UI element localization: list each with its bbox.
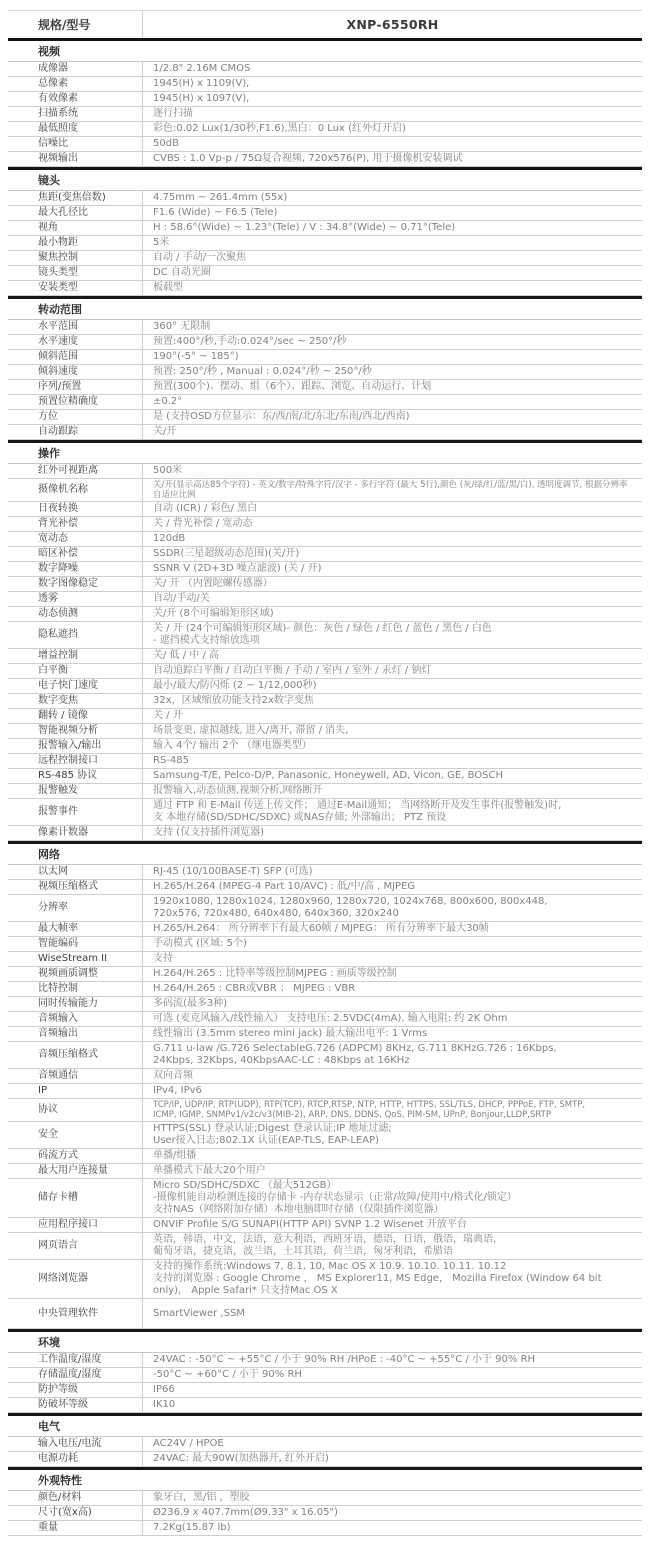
spec-value: DC 自动光圈 xyxy=(142,266,642,280)
spec-row: 防护等级IP66 xyxy=(8,1383,642,1398)
spec-row: 数字变焦32x，区域缩放功能支持2x数字变焦 xyxy=(8,694,642,709)
spec-label: 重量 xyxy=(8,1521,142,1535)
spec-label: 增益控制 xyxy=(8,649,142,663)
spec-value: 190°(-5° ~ 185°) xyxy=(142,350,642,364)
spec-label: 安全 xyxy=(8,1122,142,1148)
spec-value: H : 58.6°(Wide) ~ 1.23°(Tele) / V : 34.8… xyxy=(142,221,642,235)
spec-value: 双向音频 xyxy=(142,1069,642,1083)
spec-value: 关/开 xyxy=(142,425,642,439)
spec-label: 数字变焦 xyxy=(8,694,142,708)
spec-label: 白平衡 xyxy=(8,664,142,678)
section-title-mechanical: 外观特性 xyxy=(8,1470,642,1491)
spec-label: 水平速度 xyxy=(8,335,142,349)
spec-label: 视频画质调整 xyxy=(8,967,142,981)
spec-row: 网页语言英语，韩语，中文，法语，意大利语，西班牙语，德语，日语，俄语，瑞典语， … xyxy=(8,1233,642,1260)
spec-value: 英语，韩语，中文，法语，意大利语，西班牙语，德语，日语，俄语，瑞典语， 葡萄牙语… xyxy=(142,1233,642,1259)
spec-label: 预置位精确度 xyxy=(8,395,142,409)
spec-label: 成像器 xyxy=(8,62,142,76)
spec-row: 音频压缩格式G.711 u-law /G.726 SelectableG.726… xyxy=(8,1042,642,1069)
spec-row: 工作温度/湿度24VAC : -50°C ~ +55°C / 小于 90% RH… xyxy=(8,1353,642,1368)
spec-value: Ø236.9 x 407.7mm(Ø9.33" x 16.05") xyxy=(142,1506,642,1520)
spec-row: 透雾自动/手动/关 xyxy=(8,592,642,607)
spec-value: 关 / 开 xyxy=(142,709,642,723)
spec-row: 数字图像稳定关/ 开 （内置陀螺传感器） xyxy=(8,577,642,592)
spec-label: 最小物距 xyxy=(8,236,142,250)
spec-row: 摄像机名称关/开(显示高达85个字符) - 英文/数字/特殊字符/汉字 - 多行… xyxy=(8,479,642,502)
spec-value: 关 / 背光补偿 / 宽动态 xyxy=(142,517,642,531)
spec-row: 扫描系统逐行扫描 xyxy=(8,107,642,122)
spec-value: H.264/H.265 : CBR或VBR ； MJPEG : VBR xyxy=(142,982,642,996)
spec-label: 音频压缩格式 xyxy=(8,1042,142,1068)
spec-value: RJ-45 (10/100BASE-T) SFP (可选) xyxy=(142,865,642,879)
spec-value: 逐行扫描 xyxy=(142,107,642,121)
spec-label: 方位 xyxy=(8,410,142,424)
spec-row: 最大帧率H.265/H.264： 所分辨率下有最大60帧 / MJPEG： 所有… xyxy=(8,922,642,937)
spec-label: 日夜转换 xyxy=(8,502,142,516)
spec-value: 线性输出 (3.5mm stereo mini jack) 最大输出电平: 1 … xyxy=(142,1027,642,1041)
spec-value: IK10 xyxy=(142,1398,642,1412)
spec-row: 日夜转换自动 (ICR) / 彩色/ 黑白 xyxy=(8,502,642,517)
spec-label: 智能视频分析 xyxy=(8,724,142,738)
spec-row: 成像器1/2.8" 2.16M CMOS xyxy=(8,62,642,77)
spec-label: 扫描系统 xyxy=(8,107,142,121)
spec-value: 关/ 低 / 中 / 高 xyxy=(142,649,642,663)
spec-row: 镜头类型DC 自动光圈 xyxy=(8,266,642,281)
spec-label: 报警触发 xyxy=(8,784,142,798)
spec-label: 电子快门速度 xyxy=(8,679,142,693)
spec-value: 1945(H) x 1109(V), xyxy=(142,77,642,91)
spec-row: RS-485 协议Samsung-T/E, Pelco-D/P, Panason… xyxy=(8,769,642,784)
spec-label: 储存卡槽 xyxy=(8,1179,142,1217)
spec-value: 关/ 开 （内置陀螺传感器） xyxy=(142,577,642,591)
spec-value: F1.6 (Wide) ~ F6.5 (Tele) xyxy=(142,206,642,220)
spec-row: 白平衡自动追踪白平衡 / 自动白平衡 / 手动 / 室内 / 室外 / 汞灯 /… xyxy=(8,664,642,679)
spec-label: WiseStream II xyxy=(8,952,142,966)
spec-value: H.265/H.264 (MPEG-4 Part 10/AVC) : 低/中/高… xyxy=(142,880,642,894)
spec-value: 场景变更, 虚拟越线, 进入/离开, 滞留 / 消失, xyxy=(142,724,642,738)
spec-label: 数字图像稳定 xyxy=(8,577,142,591)
spec-value: 7.2Kg(15.87 lb) xyxy=(142,1521,642,1535)
section-title-electrical: 电气 xyxy=(8,1416,642,1437)
spec-value: SSDR(三星超级动态范围)(关/开) xyxy=(142,547,642,561)
spec-row: 储存卡槽Micro SD/SDHC/SDXC （最大512GB） -摄像机能自动… xyxy=(8,1179,642,1218)
spec-label: 中央管理软件 xyxy=(8,1299,142,1328)
spec-label: 分辨率 xyxy=(8,895,142,921)
spec-label: 防护等级 xyxy=(8,1383,142,1397)
spec-value: 5米 xyxy=(142,236,642,250)
spec-label: 网页语言 xyxy=(8,1233,142,1259)
section-mechanical: 外观特性颜色/材料象牙白，黑/铝 ，塑胶尺寸(宽x高)Ø236.9 x 407.… xyxy=(8,1467,642,1536)
spec-row: 存储温度/湿度-50°C ~ +60°C / 小于 90% RH xyxy=(8,1368,642,1383)
spec-value: 360° 无限制 xyxy=(142,320,642,334)
spec-label: 音频通信 xyxy=(8,1069,142,1083)
spec-value: 象牙白，黑/铝 ，塑胶 xyxy=(142,1491,642,1505)
spec-value: 多码流(最多3种) xyxy=(142,997,642,1011)
spec-row: 水平范围360° 无限制 xyxy=(8,320,642,335)
spec-value: 4.75mm ~ 261.4mm (55x) xyxy=(142,191,642,205)
spec-label: 背光补偿 xyxy=(8,517,142,531)
spec-row: 同时传输能力多码流(最多3种) xyxy=(8,997,642,1012)
spec-row: 最大孔径比F1.6 (Wide) ~ F6.5 (Tele) xyxy=(8,206,642,221)
spec-label: 颜色/材料 xyxy=(8,1491,142,1505)
spec-label: 自动跟踪 xyxy=(8,425,142,439)
spec-row: 方位是 (支持OSD方位显示：东/西/南/北/东北/东南/西北/西南) xyxy=(8,410,642,425)
spec-row: 音频通信双向音频 xyxy=(8,1069,642,1084)
spec-sheet: 规格/型号 XNP-6550RH 视频成像器1/2.8" 2.16M CMOS总… xyxy=(0,0,650,1542)
spec-label: 焦距(变焦倍数) xyxy=(8,191,142,205)
spec-value: ONVIF Profile S/G SUNAPI(HTTP API) SVNP … xyxy=(142,1218,642,1232)
spec-row: 倾斜范围190°(-5° ~ 185°) xyxy=(8,350,642,365)
spec-row: 音频输出线性输出 (3.5mm stereo mini jack) 最大输出电平… xyxy=(8,1027,642,1042)
spec-row: 智能视频分析场景变更, 虚拟越线, 进入/离开, 滞留 / 消失, xyxy=(8,724,642,739)
spec-row: 智能编码手动模式 (区域: 5个) xyxy=(8,937,642,952)
spec-table: 视频成像器1/2.8" 2.16M CMOS总像素1945(H) x 1109(… xyxy=(8,41,642,1536)
spec-row: 水平速度预置:400°/秒,手动:0.024°/sec ~ 250°/秒 xyxy=(8,335,642,350)
spec-label: 音频输出 xyxy=(8,1027,142,1041)
spec-row: 预置位精确度±0.2° xyxy=(8,395,642,410)
spec-label: 视角 xyxy=(8,221,142,235)
spec-row: 电源功耗24VAC: 最大90W(加热器开, 红外开启) xyxy=(8,1452,642,1467)
spec-value: 1920x1080, 1280x1024, 1280x960, 1280x720… xyxy=(142,895,642,921)
spec-value: 最小/最大/防闪烁 (2 ~ 1/12,000秒) xyxy=(142,679,642,693)
spec-row: 最低照度彩色:0.02 Lux(1/30秒,F1.6),黑白：0 Lux (红外… xyxy=(8,122,642,137)
spec-label: RS-485 协议 xyxy=(8,769,142,783)
spec-row: 安装类型板载型 xyxy=(8,281,642,296)
spec-label: 码流方式 xyxy=(8,1149,142,1163)
spec-label: 摄像机名称 xyxy=(8,479,142,501)
spec-value: 32x，区域缩放功能支持2x数字变焦 xyxy=(142,694,642,708)
spec-value: Micro SD/SDHC/SDXC （最大512GB） -摄像机能自动检测连接… xyxy=(142,1179,642,1217)
spec-label: 聚焦控制 xyxy=(8,251,142,265)
spec-row: 报警触发报警输入,动态侦测,视频分析,网络断开 xyxy=(8,784,642,799)
spec-label: 暗区补偿 xyxy=(8,547,142,561)
spec-label: 红外可视距离 xyxy=(8,464,142,478)
section-title-operational: 操作 xyxy=(8,443,642,464)
spec-value: 预置(300个)、摆动、组（6个）、跟踪、浏览、自动运行、计划 xyxy=(142,380,642,394)
spec-row: 尺寸(宽x高)Ø236.9 x 407.7mm(Ø9.33" x 16.05") xyxy=(8,1506,642,1521)
spec-label: 应用程序接口 xyxy=(8,1218,142,1232)
spec-label: 翻转 / 镜像 xyxy=(8,709,142,723)
section-pan-tilt: 转动范围水平范围360° 无限制水平速度预置:400°/秒,手动:0.024°/… xyxy=(8,296,642,440)
spec-label: 输入电压/电流 xyxy=(8,1437,142,1451)
spec-label: IP xyxy=(8,1084,142,1098)
spec-value: 1/2.8" 2.16M CMOS xyxy=(142,62,642,76)
spec-row: 倾斜速度预置: 250°/秒 , Manual : 0.024°/秒 ~ 250… xyxy=(8,365,642,380)
spec-value: 自动/手动/关 xyxy=(142,592,642,606)
spec-row: 报警输入/输出输入 4个/ 输出 2个 （继电器类型） xyxy=(8,739,642,754)
spec-label: 水平范围 xyxy=(8,320,142,334)
spec-value: SSNR V (2D+3D 噪点滤波) (关 / 开) xyxy=(142,562,642,576)
spec-row: 视频画质调整H.264/H.265 : 比特率等级控制MJPEG : 画质等级控… xyxy=(8,967,642,982)
spec-value: CVBS : 1.0 Vp-p / 75Ω复合视频, 720x576(P), 用… xyxy=(142,152,642,166)
spec-value: H.265/H.264： 所分辨率下有最大60帧 / MJPEG： 所有分辨率下… xyxy=(142,922,642,936)
spec-label: 智能编码 xyxy=(8,937,142,951)
spec-row: 码流方式单播/组播 xyxy=(8,1149,642,1164)
spec-label: 最大帧率 xyxy=(8,922,142,936)
spec-row: 中央管理软件SmartViewer ,SSM xyxy=(8,1299,642,1329)
section-lens: 镜头焦距(变焦倍数)4.75mm ~ 261.4mm (55x)最大孔径比F1.… xyxy=(8,167,642,296)
spec-row: 增益控制关/ 低 / 中 / 高 xyxy=(8,649,642,664)
spec-value: SmartViewer ,SSM xyxy=(142,1299,642,1328)
spec-value: 1945(H) x 1097(V), xyxy=(142,92,642,106)
spec-value: AC24V / HPOE xyxy=(142,1437,642,1451)
spec-value: 支持 xyxy=(142,952,642,966)
spec-row: 隐私遮挡关 / 开 (24个可编辑矩形区域)- 颜色：灰色 / 绿色 / 红色 … xyxy=(8,622,642,649)
spec-value: 通过 FTP 和 E-Mail 传送上传文件； 通过E-Mail通知； 当网络断… xyxy=(142,799,642,825)
spec-row: 红外可视距离500米 xyxy=(8,464,642,479)
spec-label: 电源功耗 xyxy=(8,1452,142,1466)
spec-row: WiseStream II支持 xyxy=(8,952,642,967)
spec-row: 比特控制H.264/H.265 : CBR或VBR ； MJPEG : VBR xyxy=(8,982,642,997)
spec-row: 防破坏等级IK10 xyxy=(8,1398,642,1413)
spec-value: 单播模式下最大20个用户 xyxy=(142,1164,642,1178)
spec-value: 24VAC: 最大90W(加热器开, 红外开启) xyxy=(142,1452,642,1466)
spec-label: 报警事件 xyxy=(8,799,142,825)
section-title-video: 视频 xyxy=(8,41,642,62)
spec-row: 有效像素1945(H) x 1097(V), xyxy=(8,92,642,107)
spec-value: 可选 (麦克风输入/线性输入） 支持电压: 2.5VDC(4mA), 输入电阻:… xyxy=(142,1012,642,1026)
section-electrical: 电气输入电压/电流AC24V / HPOE电源功耗24VAC: 最大90W(加热… xyxy=(8,1413,642,1467)
spec-row: 协议TCP/IP, UDP/IP, RTP(UDP), RTP(TCP), RT… xyxy=(8,1099,642,1122)
spec-label: 防破坏等级 xyxy=(8,1398,142,1412)
spec-label: 宽动态 xyxy=(8,532,142,546)
spec-value: 单播/组播 xyxy=(142,1149,642,1163)
section-title-network: 网络 xyxy=(8,844,642,865)
spec-label: 存储温度/湿度 xyxy=(8,1368,142,1382)
spec-row: 重量7.2Kg(15.87 lb) xyxy=(8,1521,642,1536)
spec-row: IPIPv4, IPv6 xyxy=(8,1084,642,1099)
spec-row: 暗区补偿SSDR(三星超级动态范围)(关/开) xyxy=(8,547,642,562)
spec-label: 像素计数器 xyxy=(8,826,142,840)
spec-value: H.264/H.265 : 比特率等级控制MJPEG : 画质等级控制 xyxy=(142,967,642,981)
spec-row: 应用程序接口ONVIF Profile S/G SUNAPI(HTTP API)… xyxy=(8,1218,642,1233)
spec-value: RS-485 xyxy=(142,754,642,768)
spec-value: 报警输入,动态侦测,视频分析,网络断开 xyxy=(142,784,642,798)
section-video: 视频成像器1/2.8" 2.16M CMOS总像素1945(H) x 1109(… xyxy=(8,41,642,167)
spec-label: 最低照度 xyxy=(8,122,142,136)
spec-label: 数字降噪 xyxy=(8,562,142,576)
spec-label: 网络浏览器 xyxy=(8,1260,142,1298)
spec-label: 报警输入/输出 xyxy=(8,739,142,753)
spec-label: 倾斜范围 xyxy=(8,350,142,364)
spec-label: 隐私遮挡 xyxy=(8,622,142,648)
spec-label: 有效像素 xyxy=(8,92,142,106)
spec-value: -50°C ~ +60°C / 小于 90% RH xyxy=(142,1368,642,1382)
spec-row: 动态侦测关/开 (8个可编辑矩形区域) xyxy=(8,607,642,622)
section-environmental: 环境工作温度/湿度24VAC : -50°C ~ +55°C / 小于 90% … xyxy=(8,1329,642,1413)
spec-value: 板载型 xyxy=(142,281,642,295)
spec-row: 总像素1945(H) x 1109(V), xyxy=(8,77,642,92)
spec-value: 50dB xyxy=(142,137,642,151)
spec-label: 协议 xyxy=(8,1099,142,1121)
spec-value: TCP/IP, UDP/IP, RTP(UDP), RTP(TCP), RTCP… xyxy=(142,1099,642,1121)
spec-value: 彩色:0.02 Lux(1/30秒,F1.6),黑白：0 Lux (红外灯开启) xyxy=(142,122,642,136)
spec-value: 预置:400°/秒,手动:0.024°/sec ~ 250°/秒 xyxy=(142,335,642,349)
spec-label: 镜头类型 xyxy=(8,266,142,280)
spec-row: 音频输入可选 (麦克风输入/线性输入） 支持电压: 2.5VDC(4mA), 输… xyxy=(8,1012,642,1027)
spec-value: IPv4, IPv6 xyxy=(142,1084,642,1098)
spec-label: 倾斜速度 xyxy=(8,365,142,379)
spec-value: 支持的操作系统:Windows 7, 8.1, 10, Mac OS X 10.… xyxy=(142,1260,642,1298)
spec-row: 最大用户连接量单播模式下最大20个用户 xyxy=(8,1164,642,1179)
spec-value: 关/开(显示高达85个字符) - 英文/数字/特殊字符/汉字 - 多行字符 (最… xyxy=(142,479,642,501)
spec-row: 背光补偿关 / 背光补偿 / 宽动态 xyxy=(8,517,642,532)
spec-row: 自动跟踪关/开 xyxy=(8,425,642,440)
spec-label: 透雾 xyxy=(8,592,142,606)
spec-label: 最大孔径比 xyxy=(8,206,142,220)
spec-row: 视频压缩格式H.265/H.264 (MPEG-4 Part 10/AVC) :… xyxy=(8,880,642,895)
spec-row: 视频输出CVBS : 1.0 Vp-p / 75Ω复合视频, 720x576(P… xyxy=(8,152,642,167)
spec-value: 手动模式 (区域: 5个) xyxy=(142,937,642,951)
spec-row: 网络浏览器支持的操作系统:Windows 7, 8.1, 10, Mac OS … xyxy=(8,1260,642,1299)
model-name: XNP-6550RH xyxy=(142,11,642,38)
spec-row: 远程控制接口RS-485 xyxy=(8,754,642,769)
spec-row: 最小物距5米 xyxy=(8,236,642,251)
spec-value: 自动 / 手动/一次聚焦 xyxy=(142,251,642,265)
spec-row: 信噪比50dB xyxy=(8,137,642,152)
spec-value: ±0.2° xyxy=(142,395,642,409)
spec-row: 宽动态120dB xyxy=(8,532,642,547)
spec-row: 安全HTTPS(SSL) 登录认证;Digest 登录认证;IP 地址过滤; U… xyxy=(8,1122,642,1149)
spec-label: 工作温度/湿度 xyxy=(8,1353,142,1367)
spec-label: 视频压缩格式 xyxy=(8,880,142,894)
spec-value: 24VAC : -50°C ~ +55°C / 小于 90% RH /HPoE … xyxy=(142,1353,642,1367)
spec-row: 聚焦控制自动 / 手动/一次聚焦 xyxy=(8,251,642,266)
section-network: 网络以太网RJ-45 (10/100BASE-T) SFP (可选)视频压缩格式… xyxy=(8,841,642,1329)
spec-label: 视频输出 xyxy=(8,152,142,166)
spec-value: 支持 (仅支持插件浏览器) xyxy=(142,826,642,840)
section-title-lens: 镜头 xyxy=(8,170,642,191)
section-operational: 操作红外可视距离500米摄像机名称关/开(显示高达85个字符) - 英文/数字/… xyxy=(8,440,642,841)
spec-row: 翻转 / 镜像关 / 开 xyxy=(8,709,642,724)
section-title-pan-tilt: 转动范围 xyxy=(8,299,642,320)
spec-row: 电子快门速度最小/最大/防闪烁 (2 ~ 1/12,000秒) xyxy=(8,679,642,694)
spec-label: 音频输入 xyxy=(8,1012,142,1026)
spec-label: 尺寸(宽x高) xyxy=(8,1506,142,1520)
spec-label: 信噪比 xyxy=(8,137,142,151)
spec-label: 安装类型 xyxy=(8,281,142,295)
spec-value: 自动 (ICR) / 彩色/ 黑白 xyxy=(142,502,642,516)
spec-value: 自动追踪白平衡 / 自动白平衡 / 手动 / 室内 / 室外 / 汞灯 / 钠灯 xyxy=(142,664,642,678)
spec-row: 焦距(变焦倍数)4.75mm ~ 261.4mm (55x) xyxy=(8,191,642,206)
spec-label: 最大用户连接量 xyxy=(8,1164,142,1178)
spec-label: 同时传输能力 xyxy=(8,997,142,1011)
spec-row: 以太网RJ-45 (10/100BASE-T) SFP (可选) xyxy=(8,865,642,880)
section-title-environmental: 环境 xyxy=(8,1332,642,1353)
spec-row: 像素计数器支持 (仅支持插件浏览器) xyxy=(8,826,642,841)
spec-value: IP66 xyxy=(142,1383,642,1397)
spec-row: 颜色/材料象牙白，黑/铝 ，塑胶 xyxy=(8,1491,642,1506)
spec-label: 以太网 xyxy=(8,865,142,879)
spec-header-row: 规格/型号 XNP-6550RH xyxy=(8,10,642,41)
spec-value: 关/开 (8个可编辑矩形区域) xyxy=(142,607,642,621)
spec-value: G.711 u-law /G.726 SelectableG.726 (ADPC… xyxy=(142,1042,642,1068)
spec-value: HTTPS(SSL) 登录认证;Digest 登录认证;IP 地址过滤; Use… xyxy=(142,1122,642,1148)
spec-value: 120dB xyxy=(142,532,642,546)
spec-row: 视角H : 58.6°(Wide) ~ 1.23°(Tele) / V : 34… xyxy=(8,221,642,236)
spec-value: 预置: 250°/秒 , Manual : 0.024°/秒 ~ 250°/秒 xyxy=(142,365,642,379)
spec-value: 输入 4个/ 输出 2个 （继电器类型） xyxy=(142,739,642,753)
spec-label: 序列/预置 xyxy=(8,380,142,394)
spec-label: 远程控制接口 xyxy=(8,754,142,768)
spec-row: 报警事件通过 FTP 和 E-Mail 传送上传文件； 通过E-Mail通知； … xyxy=(8,799,642,826)
spec-row: 分辨率1920x1080, 1280x1024, 1280x960, 1280x… xyxy=(8,895,642,922)
spec-row: 输入电压/电流AC24V / HPOE xyxy=(8,1437,642,1452)
spec-label: 总像素 xyxy=(8,77,142,91)
spec-label: 动态侦测 xyxy=(8,607,142,621)
spec-row: 序列/预置预置(300个)、摆动、组（6个）、跟踪、浏览、自动运行、计划 xyxy=(8,380,642,395)
spec-row: 数字降噪SSNR V (2D+3D 噪点滤波) (关 / 开) xyxy=(8,562,642,577)
spec-value: Samsung-T/E, Pelco-D/P, Panasonic, Honey… xyxy=(142,769,642,783)
spec-label: 比特控制 xyxy=(8,982,142,996)
spec-value: 是 (支持OSD方位显示：东/西/南/北/东北/东南/西北/西南) xyxy=(142,410,642,424)
spec-value: 关 / 开 (24个可编辑矩形区域)- 颜色：灰色 / 绿色 / 红色 / 蓝色… xyxy=(142,622,642,648)
spec-value: 500米 xyxy=(142,464,642,478)
spec-header-label: 规格/型号 xyxy=(8,11,142,38)
